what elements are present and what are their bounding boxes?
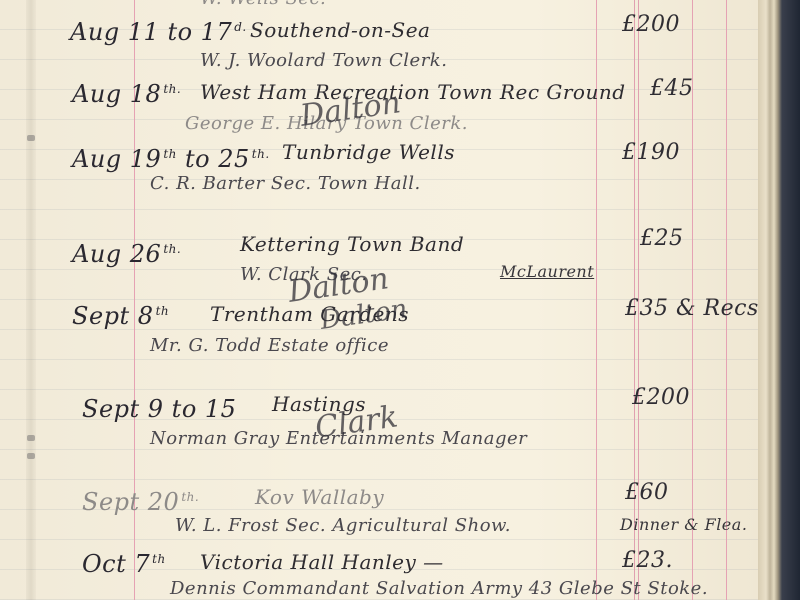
entry-venue: Tunbridge Wells [282,140,455,164]
entry-fee: £35 & Recs [625,296,759,321]
entry-contact: W. L. Frost Sec. Agricultural Show. [175,515,511,536]
entry-contact: C. R. Barter Sec. Town Hall. [150,173,421,194]
entry-date: Sept 8th [72,302,169,330]
entry-date: Sept 9 to 15 [82,395,236,423]
entry-fee: £60 [625,480,669,505]
entry-venue: Victoria Hall Hanley — [200,550,444,574]
entry-date: Aug 26th. [72,240,181,268]
entry-venue: Southend-on-Sea [250,18,430,42]
entry-fee: £23. [622,548,673,573]
entry-venue: Kov Wallaby [255,485,384,509]
entry-fee: £200 [632,385,690,410]
entry-note: McLaurent [500,262,594,281]
entry-fee: £190 [622,140,680,165]
partial-top-line: W. Wells Sec. [200,0,326,9]
entry-venue: Kettering Town Band [240,232,464,256]
entry-date: Aug 11 to 17d. [70,18,247,46]
entry-fee-note: Dinner & Flea. [620,515,747,534]
ledger-page: W. Wells Sec. Aug 11 to 17d. Southend-on… [0,0,760,600]
entry-contact: W. J. Woolard Town Clerk. [200,50,447,71]
entry-contact: Mr. G. Todd Estate office [150,335,389,356]
entry-venue: West Ham Recreation Town Rec Ground [200,80,626,104]
entry-fee: £200 [622,12,680,37]
entry-contact: Dennis Commandant Salvation Army 43 Gleb… [170,578,708,599]
book-binding-edge [758,0,800,600]
entry-date: Oct 7th [82,550,166,578]
entry-date: Sept 20th. [82,488,199,516]
binding-mark [27,435,35,441]
page-fold [26,0,36,600]
entry-fee: £45 [650,76,694,101]
binding-mark [27,135,35,141]
binding-mark [27,453,35,459]
entry-fee: £25 [640,226,684,251]
entry-date: Aug 19th to 25th. [72,145,270,173]
entry-date: Aug 18th. [72,80,181,108]
